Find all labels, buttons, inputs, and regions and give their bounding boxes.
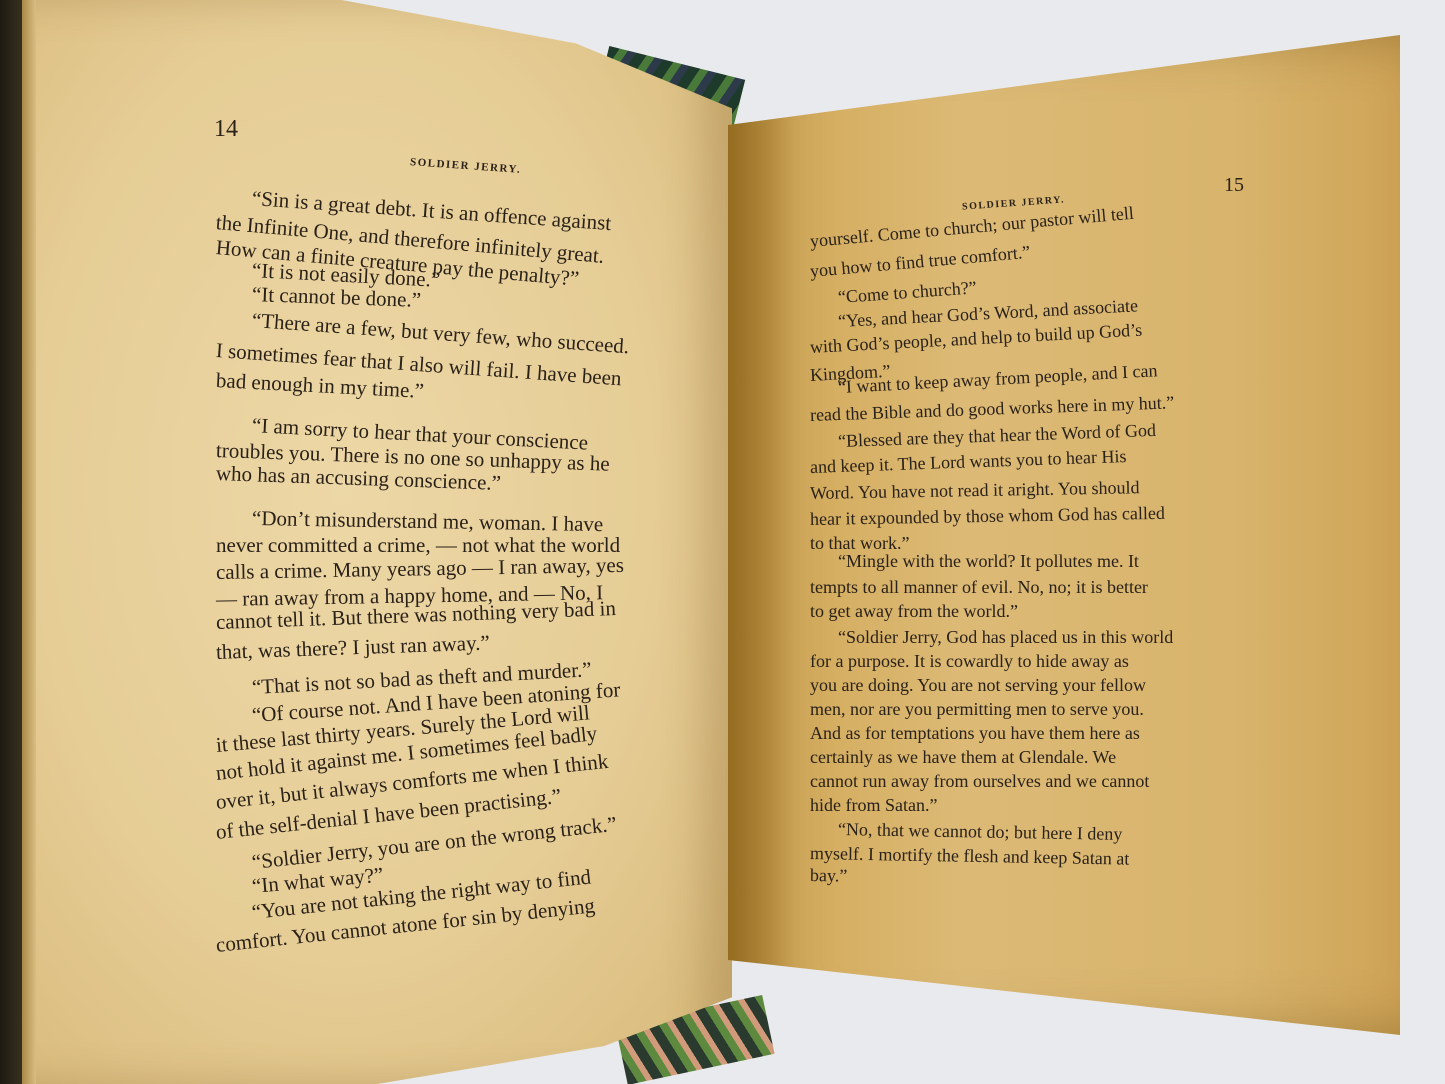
text-line: “It cannot be done.” — [252, 284, 422, 311]
text-line: “Soldier Jerry, God has placed us in thi… — [838, 628, 1173, 646]
text-line: never committed a crime, — not what the … — [216, 535, 620, 556]
page-number-left: 14 — [214, 116, 238, 143]
text-line: “Mingle with the world? It pollutes me. … — [838, 552, 1139, 570]
page-number-right: 15 — [1224, 174, 1244, 197]
text-line: to that work.” — [810, 534, 909, 552]
text-line: hide from Satan.” — [810, 796, 937, 814]
text-line: cannot run away from ourselves and we ca… — [810, 772, 1149, 790]
text-line: bay.” — [810, 866, 848, 885]
text-line: men, nor are you permitting men to serve… — [810, 700, 1144, 718]
left-page-edge — [22, 0, 36, 1084]
text-line: certainly as we have them at Glendale. W… — [810, 748, 1116, 766]
text-line: tempts to all manner of evil. No, no; it… — [810, 578, 1148, 596]
text-line: for a purpose. It is cowardly to hide aw… — [810, 652, 1129, 670]
text-line: “No, that we cannot do; but here I deny — [838, 820, 1123, 843]
text-line: you are doing. You are not serving your … — [810, 676, 1146, 694]
text-line: And as for temptations you have them her… — [810, 724, 1140, 742]
text-line: to get away from the world.” — [810, 602, 1018, 620]
